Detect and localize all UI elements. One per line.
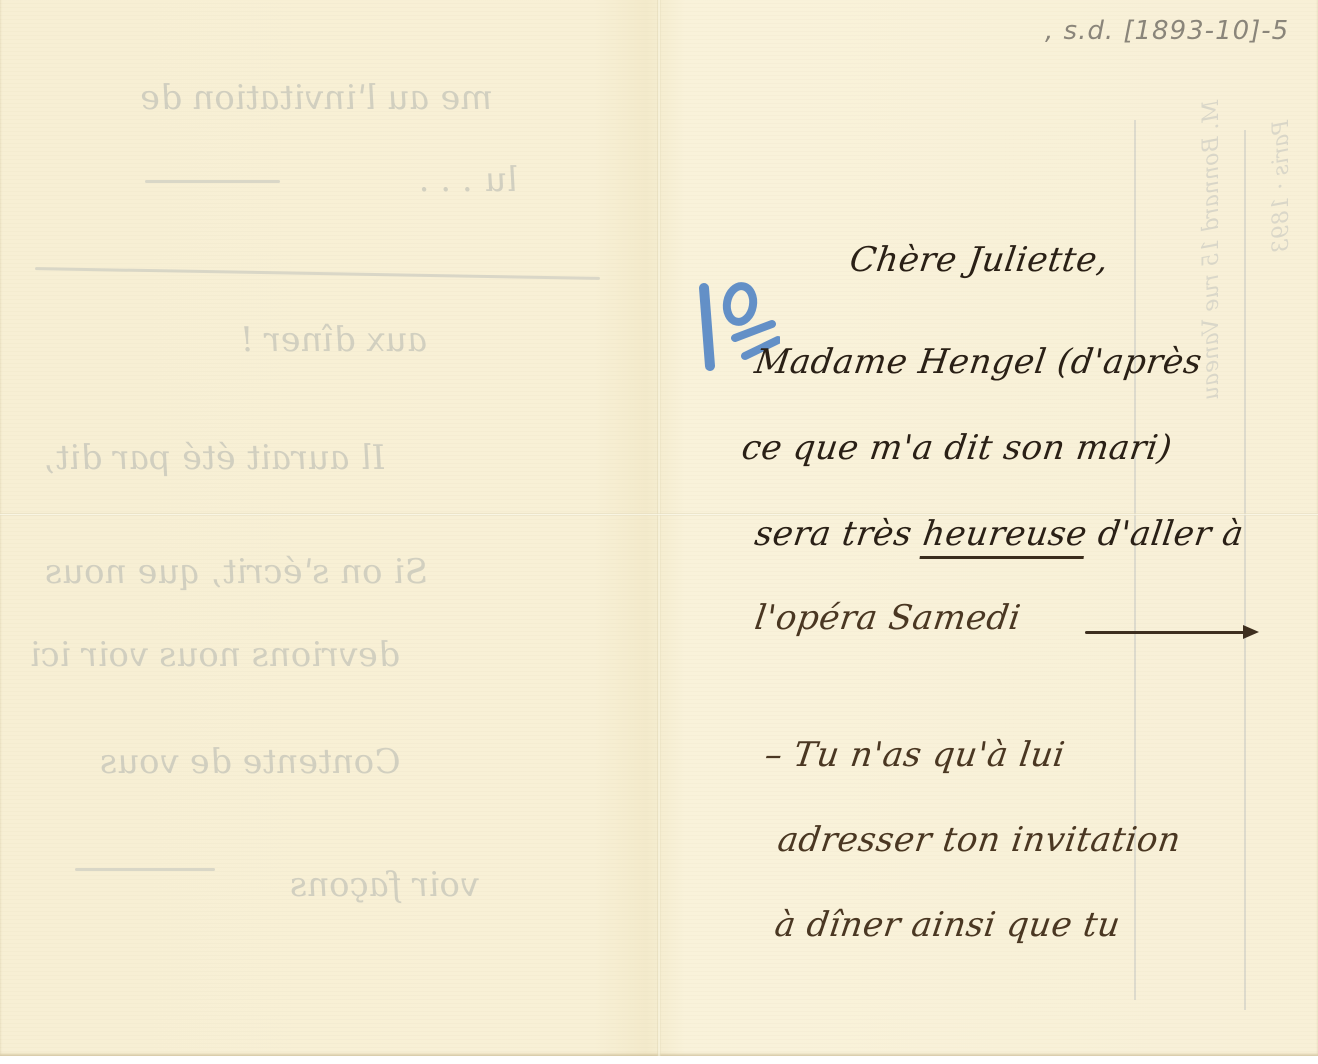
bleedthrough-line: Si on s'écrit, que nous	[42, 552, 430, 592]
bleedthrough-line: aux dîner !	[237, 320, 430, 360]
salutation: Chère Juliette,	[847, 240, 1111, 280]
bleedthrough-line: devrions nous voir ici	[27, 635, 402, 675]
letter-sheet: me au l'invitation de lu . . . aux dîner…	[0, 0, 1318, 1056]
letter-line: adresser ton invitation	[775, 820, 1183, 860]
bleedthrough-rule	[35, 267, 600, 280]
letter-line: l'opéra Samedi	[752, 598, 1023, 638]
bleedthrough-rule	[145, 180, 280, 183]
arrow-line	[1085, 631, 1245, 634]
bleedthrough-vertical-text: Paris · 1893	[1269, 120, 1294, 253]
archive-reference: , s.d. [1893-10]-5	[1045, 16, 1289, 46]
letter-line: à dîner ainsi que tu	[772, 905, 1123, 945]
letter-line: Madame Hengel (d'après	[752, 342, 1204, 382]
underlined-word: heureuse	[920, 514, 1090, 559]
arrow-right-icon	[1243, 625, 1259, 639]
bleedthrough-line: Il aurait été par dit,	[42, 438, 388, 478]
letter-line: – Tu n'as qu'à lui	[762, 735, 1067, 775]
bleedthrough-vertical-rule	[1134, 120, 1136, 1000]
bleedthrough-vertical-rule	[1244, 130, 1246, 1010]
bleedthrough-line: lu . . .	[417, 160, 520, 200]
letter-line: sera très heureuse d'aller à	[752, 514, 1246, 554]
letter-line-part: d'aller à	[1084, 514, 1246, 554]
vertical-fold-crease	[657, 0, 661, 1056]
letter-line: ce que m'a dit son mari)	[739, 428, 1174, 468]
bleedthrough-line: voir façons	[287, 865, 482, 905]
letter-line-part: sera très	[752, 514, 926, 554]
left-page: me au l'invitation de lu . . . aux dîner…	[0, 0, 659, 1056]
bleedthrough-rule	[75, 868, 215, 871]
bleedthrough-line: me au l'invitation de	[137, 78, 495, 118]
bleedthrough-line: Contente de vous	[97, 742, 403, 782]
